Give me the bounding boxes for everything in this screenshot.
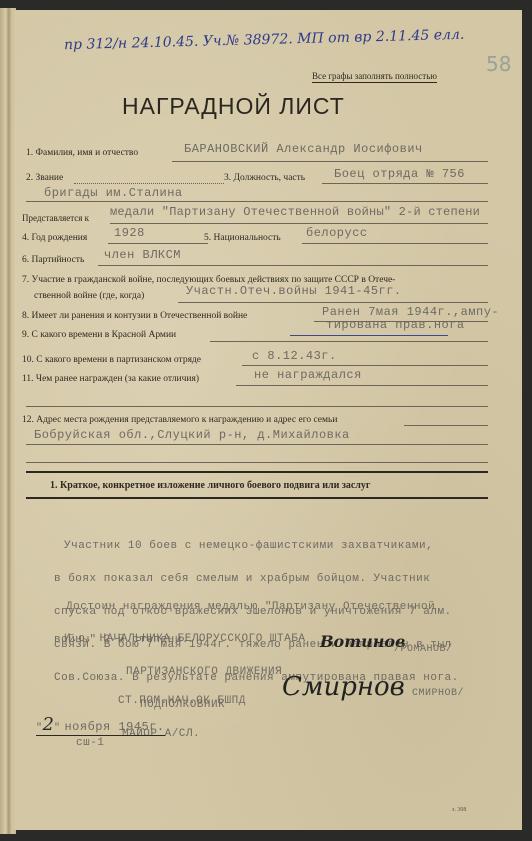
field-3-label: 3. Должность, часть [224,173,305,183]
field-7-label-continued: ственной войне (где, когда) [34,291,144,301]
full-name-value: БАРАНОВСКИЙ Александр Иосифович [184,142,423,156]
field-2-label: 2. Звание [26,173,63,183]
award-sheet-page: пр 312/н 24.10.45. Уч.№ 38972. МП от вр … [14,10,522,830]
handwritten-registration-note: пр 312/н 24.10.45. Уч.№ 38972. МП от вр … [64,27,465,53]
war-participation-value: Участн.Отеч.войны 1941-45гг. [186,284,402,298]
field-9-label: 8.9. С какого времени в Красной Армии [22,330,176,340]
signatory-title-line: И.о. НАЧАЛЬНИКА БЕЛОРУССКОГО ШТАБА [64,634,305,645]
document-date: "2" ноября 1945г. [36,714,165,736]
previous-awards-value: не награждался [254,368,362,382]
field-11-label: 11. Чем ранее награжден (за какие отличи… [22,374,199,384]
award-value: медали "Партизану Отечественной войны" 2… [110,205,480,219]
signatory-title-line: СТ.ПОМ.НАЧ.ОК БШПД [118,696,246,707]
wounds-value: Ранен 7мая 1944г.,ампу- [322,305,499,319]
field-6-label: 6. Партийность [22,255,84,265]
signatory-2-name: СМИРНОВ/ [412,688,464,699]
field-8-label: 8. Имеет ли ранения и контузии в Отечест… [22,311,247,321]
partisan-since-value: с 8.12.43г. [252,349,337,363]
presented-for-label: Представляется к [22,213,89,223]
signature-1: Вотинов [320,632,406,651]
date-month-year: ноября 1945г. [64,720,164,734]
birth-year-value: 1928 [114,226,145,240]
section-1-heading: 1. Краткое, конкретное изложение личного… [50,480,370,491]
party-value: член ВЛКСМ [104,248,181,262]
wounds-value-continued: тирована прав.нога [326,318,465,332]
position-value-continued: бригады им.Сталина [44,186,183,200]
field-4-label: 4. Год рождения [22,233,87,243]
print-code: з. 308 [452,807,466,813]
instruction-text: Все графы заполнять полностью [312,71,437,83]
field-10-label: 10. С какого времени в партизанском отря… [22,355,201,365]
page-number: 58 [486,52,511,76]
signatory-1-name: /РОМАНОВ/ [394,644,453,655]
document-title: НАГРАДНОЙ ЛИСТ [122,93,345,120]
nationality-value: белорусс [306,226,368,240]
position-value: Боец отряда № 756 [334,167,465,181]
field-5-label: 5. Национальность [204,233,281,243]
citation-line: Участник 10 боев с немецко-фашистскими з… [54,541,459,552]
signature-2: Смирнов [282,672,405,702]
field-1-label: 1. Фамилия, имя и отчество [26,148,138,158]
date-day: 2 [43,714,54,735]
birth-address-value: Бобруйская обл.,Слуцкий р-н, д.Михайловк… [34,428,350,442]
field-12-label: 12. Адрес места рождения представляемого… [22,415,337,425]
reference-code: сш-1 [76,737,104,749]
